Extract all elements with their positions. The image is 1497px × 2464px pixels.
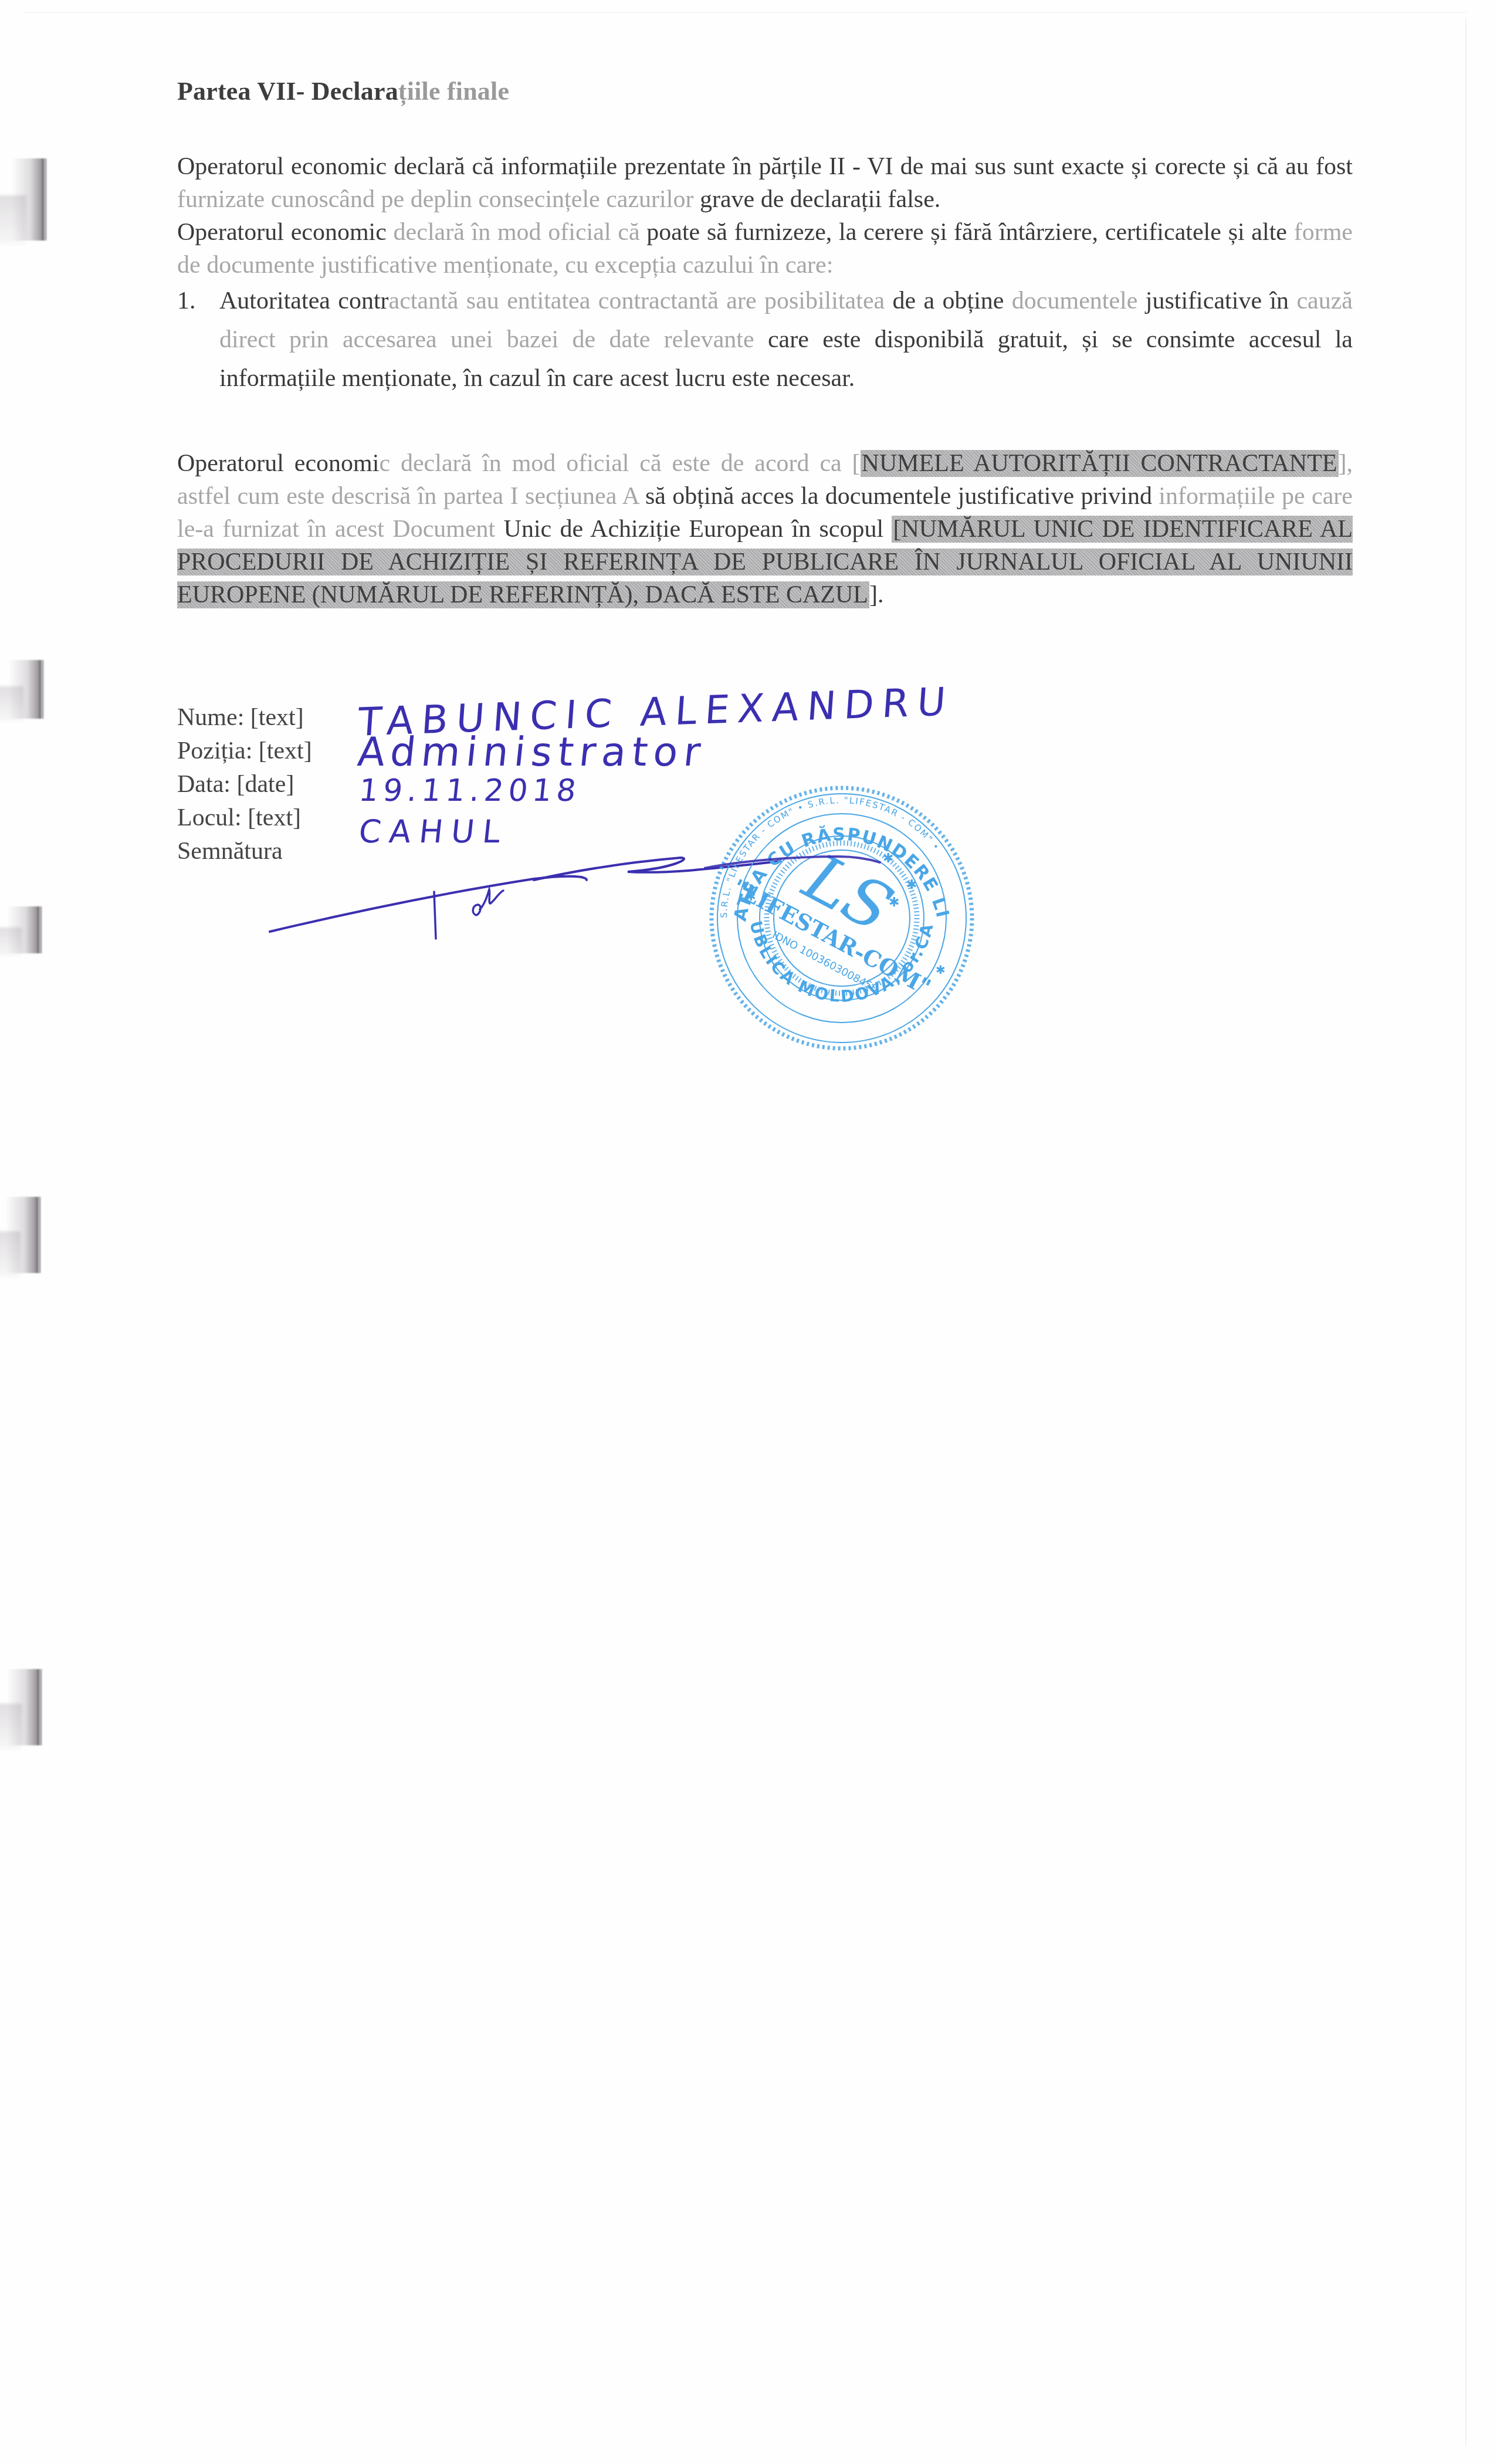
field-place-label: Locul: [text] (177, 801, 312, 835)
star-icon: ✱ (906, 878, 917, 892)
section-heading: Partea VII- Declarațiile finale (177, 76, 1353, 106)
text-segment: Operatorul economic declară că informați… (177, 153, 1155, 180)
text-segment: ]. (869, 581, 884, 608)
document-body: Partea VII- Declarațiile finale Operator… (177, 76, 1353, 611)
exception-list: 1. Autoritatea contractantă sau entitate… (177, 282, 1353, 398)
field-position-label: Poziția: [text] (177, 735, 312, 768)
star-icon: ✱ (746, 889, 756, 903)
field-date-label: Data: [date] (177, 768, 312, 801)
text-segment: c declară în mod oficial că este de acor… (379, 450, 852, 477)
declaration-paragraph-1: Operatorul economic declară că informați… (177, 150, 1353, 216)
text-segment: grave de declarații false. (700, 186, 940, 213)
scan-artifact (9, 660, 50, 719)
consent-paragraph: Operatorul economic declară în mod ofici… (177, 447, 1353, 611)
text-segment: Operatorul economi (177, 450, 379, 477)
text-segment: de a obține (893, 287, 1012, 314)
text-segment: Autoritatea contr (219, 287, 389, 314)
scan-artifact (12, 158, 53, 241)
star-icon: ✱ (889, 895, 899, 910)
text-segment: declară în mod oficial că (394, 219, 647, 246)
text-segment: să obțină acces la documentele justifica… (645, 483, 1159, 510)
text-segment: [ (852, 450, 861, 477)
field-name-label: Nume: [text] (177, 701, 312, 735)
star-icon: ✱ (936, 963, 946, 977)
scan-edge-top (23, 12, 1466, 13)
list-item: 1. Autoritatea contractantă sau entitate… (177, 282, 1353, 398)
text-segment: Operatorul economic (177, 219, 394, 246)
company-stamp: S.R.L. "LIFESTAR - COM" • S.R.L. "LIFEST… (704, 780, 980, 1056)
text-segment: poate să furnizeze, la cerere și fără în… (646, 219, 1293, 246)
scan-artifact (7, 906, 48, 953)
text-segment: justificative în (1146, 287, 1297, 314)
text-segment: furnizate cunoscând pe deplin consecințe… (177, 186, 700, 213)
star-icon: ✱ (883, 851, 893, 866)
list-item-text: Autoritatea contractantă sau entitatea c… (219, 287, 1353, 392)
text-segment: corecte și că au fost (1155, 153, 1353, 180)
scan-edge-right (1465, 18, 1466, 2446)
handwritten-date: 19.11.2018 (357, 773, 582, 808)
declaration-paragraph-2: Operatorul economic declară în mod ofici… (177, 216, 1353, 282)
text-segment: documentele (1012, 287, 1146, 314)
placeholder-highlight: NUMELE AUTORITĂȚII CONTRACTANTE (861, 450, 1339, 477)
scan-artifact (6, 1197, 47, 1273)
text-segment: Unic de Achiziție European în scopul (504, 516, 892, 543)
scan-artifact (7, 1669, 48, 1745)
handwritten-position: Administrator (355, 729, 709, 776)
signature-fields: Nume: [text] Poziția: [text] Data: [date… (177, 701, 312, 868)
text-segment: actantă sau entitatea contractantă are p… (389, 287, 893, 314)
list-item-number: 1. (177, 282, 196, 320)
